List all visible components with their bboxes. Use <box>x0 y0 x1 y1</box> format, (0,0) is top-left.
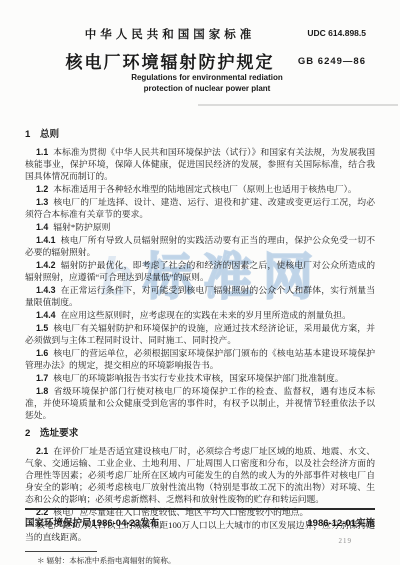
clause-text: 辐射防护最优化，即考虑了社会的和经济的因素之后，使核电厂对公众所造成的辐射照射，… <box>25 260 375 282</box>
clause-number: 1.3 <box>36 197 48 207</box>
footnote-divider <box>25 551 97 552</box>
clause-1-4-4: 1.4.4在应用这些原则时，应考虑现在的实践在未来的岁月里所造成的剂量负担。 <box>25 309 375 321</box>
clause-1-2: 1.2本标准适用于各种轻水堆型的陆地固定式核电厂（原则上也适用于核热电厂）。 <box>25 183 375 195</box>
clause-1-4-2: 1.4.2辐射防护最优化，即考虑了社会的和经济的因素之后，使核电厂对公众所造成的… <box>25 259 375 283</box>
scan-artifact-line <box>198 104 398 106</box>
english-title-line2: protection of nuclear power plant <box>14 83 400 94</box>
english-title-line1: Regulations for environmental rediation <box>14 72 400 83</box>
document-footer: 国家环境保护局1986-04-23发布 1986-12-01实施 <box>25 508 375 529</box>
issued-by-date: 国家环境保护局1986-04-23发布 <box>25 515 159 529</box>
clause-number: 1.4.2 <box>36 260 56 270</box>
udc-number: UDC 614.898.5 <box>307 28 366 38</box>
clause-1-7: 1.7核电厂的环境影响报告书实行专业技术审核，国家环境保护部门批准制度。 <box>25 372 375 384</box>
page-number: 219 <box>339 537 353 545</box>
clause-text: 在应用这些原则时，应考虑现在的实践在未来的岁月里所造成的剂量负担。 <box>61 310 351 320</box>
clause-1-4-3: 1.4.3在正常运行条件下，对可能受到核电厂辐射照射的公众个人和群体，实行剂量当… <box>25 284 375 308</box>
clause-text: 在正常运行条件下，对可能受到核电厂辐射照射的公众个人和群体，实行剂量当量限值制度… <box>25 285 375 307</box>
document-page: b 标准网 中华人民共和国国家标准 UDC 614.898.5 核电厂环境辐射防… <box>0 0 400 565</box>
clause-number: 1.7 <box>36 373 48 383</box>
clause-text: 本标准适用于各种轻水堆型的陆地固定式核电厂（原则上也适用于核热电厂）。 <box>53 184 357 194</box>
clause-number: 1.4.1 <box>36 235 56 245</box>
footnote-block: ＊ 辐射：本标准中系指电离辐射的简称。 <box>25 551 400 565</box>
clause-text: 核电厂的营运单位，必须根据国家环境保护部门颁布的《核电站基本建设环境保护管理办法… <box>25 348 375 370</box>
clause-1-4-1: 1.4.1核电厂所有导致人员辐射照射的实践活动要有正当的理由，保护公众免受一切不… <box>25 234 375 258</box>
clause-text: 省级环境保护部门行使对核电厂的环境保护工作的检查、监督权，遇有违反本标准，并使环… <box>25 386 375 420</box>
clause-number: 2.1 <box>36 446 48 456</box>
national-standard-label: 中华人民共和国国家标准 <box>0 26 340 42</box>
clause-1-8: 1.8省级环境保护部门行使对核电厂的环境保护工作的检查、监督权，遇有违反本标准，… <box>25 385 375 421</box>
clause-number: 1.4 <box>36 222 48 232</box>
clause-1-1: 1.1本标准为贯彻《中华人民共和国环境保护法（试行）》和国家有关法规，为发展我国… <box>25 146 375 182</box>
clause-2-1: 2.1在评价厂址是否适宜建设核电厂时，必须综合考虑厂址区域的地质、地震、水文、气… <box>25 445 375 505</box>
clause-number: 1.2 <box>36 184 48 194</box>
clause-text: 在评价厂址是否适宜建设核电厂时，必须综合考虑厂址区域的地质、地震、水文、气象、交… <box>25 446 375 504</box>
document-body: 1 总则 1.1本标准为贯彻《中华人民共和国环境保护法（试行）》和国家有关法规，… <box>0 129 400 543</box>
english-title: Regulations for environmental rediation … <box>0 72 400 94</box>
section-heading-2: 2 选址要求 <box>25 428 375 440</box>
clause-text: 核电厂有关辐射防护和环境保护的设施，应通过技术经济论证，采用最优方案，并必须做到… <box>25 323 375 345</box>
page-title: 核电厂环境辐射防护规定 <box>0 48 340 73</box>
clause-text: 核电厂的环境影响报告书实行专业技术审核，国家环境保护部门批准制度。 <box>53 373 343 383</box>
clause-number: 1.5 <box>36 323 48 333</box>
footnote-text: ＊ 辐射：本标准中系指电离辐射的简称。 <box>25 555 400 565</box>
clause-number: 1.4.3 <box>36 285 56 295</box>
clause-text: 本标准为贯彻《中华人民共和国环境保护法（试行）》和国家有关法规，为发展我国核能事… <box>25 147 375 181</box>
clause-1-5: 1.5核电厂有关辐射防护和环境保护的设施，应通过技术经济论证，采用最优方案，并必… <box>25 322 375 346</box>
clause-number: 1.8 <box>36 386 48 396</box>
document-header: 中华人民共和国国家标准 UDC 614.898.5 核电厂环境辐射防护规定 GB… <box>0 0 400 122</box>
clause-number: 1.1 <box>36 147 48 157</box>
clause-text: 核电厂的厂址选择、设计、建造、运行、退役和扩建、改建或变更运行工况，均必须符合本… <box>25 197 375 219</box>
clause-1-4: 1.4辐射*防护原则 <box>25 221 375 233</box>
clause-1-6: 1.6核电厂的营运单位，必须根据国家环境保护部门颁布的《核电站基本建设环境保护管… <box>25 347 375 371</box>
standard-number: GB 6249—86 <box>298 56 366 67</box>
section-heading-1: 1 总则 <box>25 129 375 141</box>
effective-date: 1986-12-01实施 <box>307 515 375 529</box>
clause-number: 1.6 <box>36 348 48 358</box>
clause-text: 辐射*防护原则 <box>53 222 110 232</box>
clause-1-3: 1.3核电厂的厂址选择、设计、建造、运行、退役和扩建、改建或变更运行工况，均必须… <box>25 196 375 220</box>
clause-text: 核电厂所有导致人员辐射照射的实践活动要有正当的理由，保护公众免受一切不必要的辐射… <box>25 235 375 257</box>
clause-number: 1.4.4 <box>36 310 56 320</box>
